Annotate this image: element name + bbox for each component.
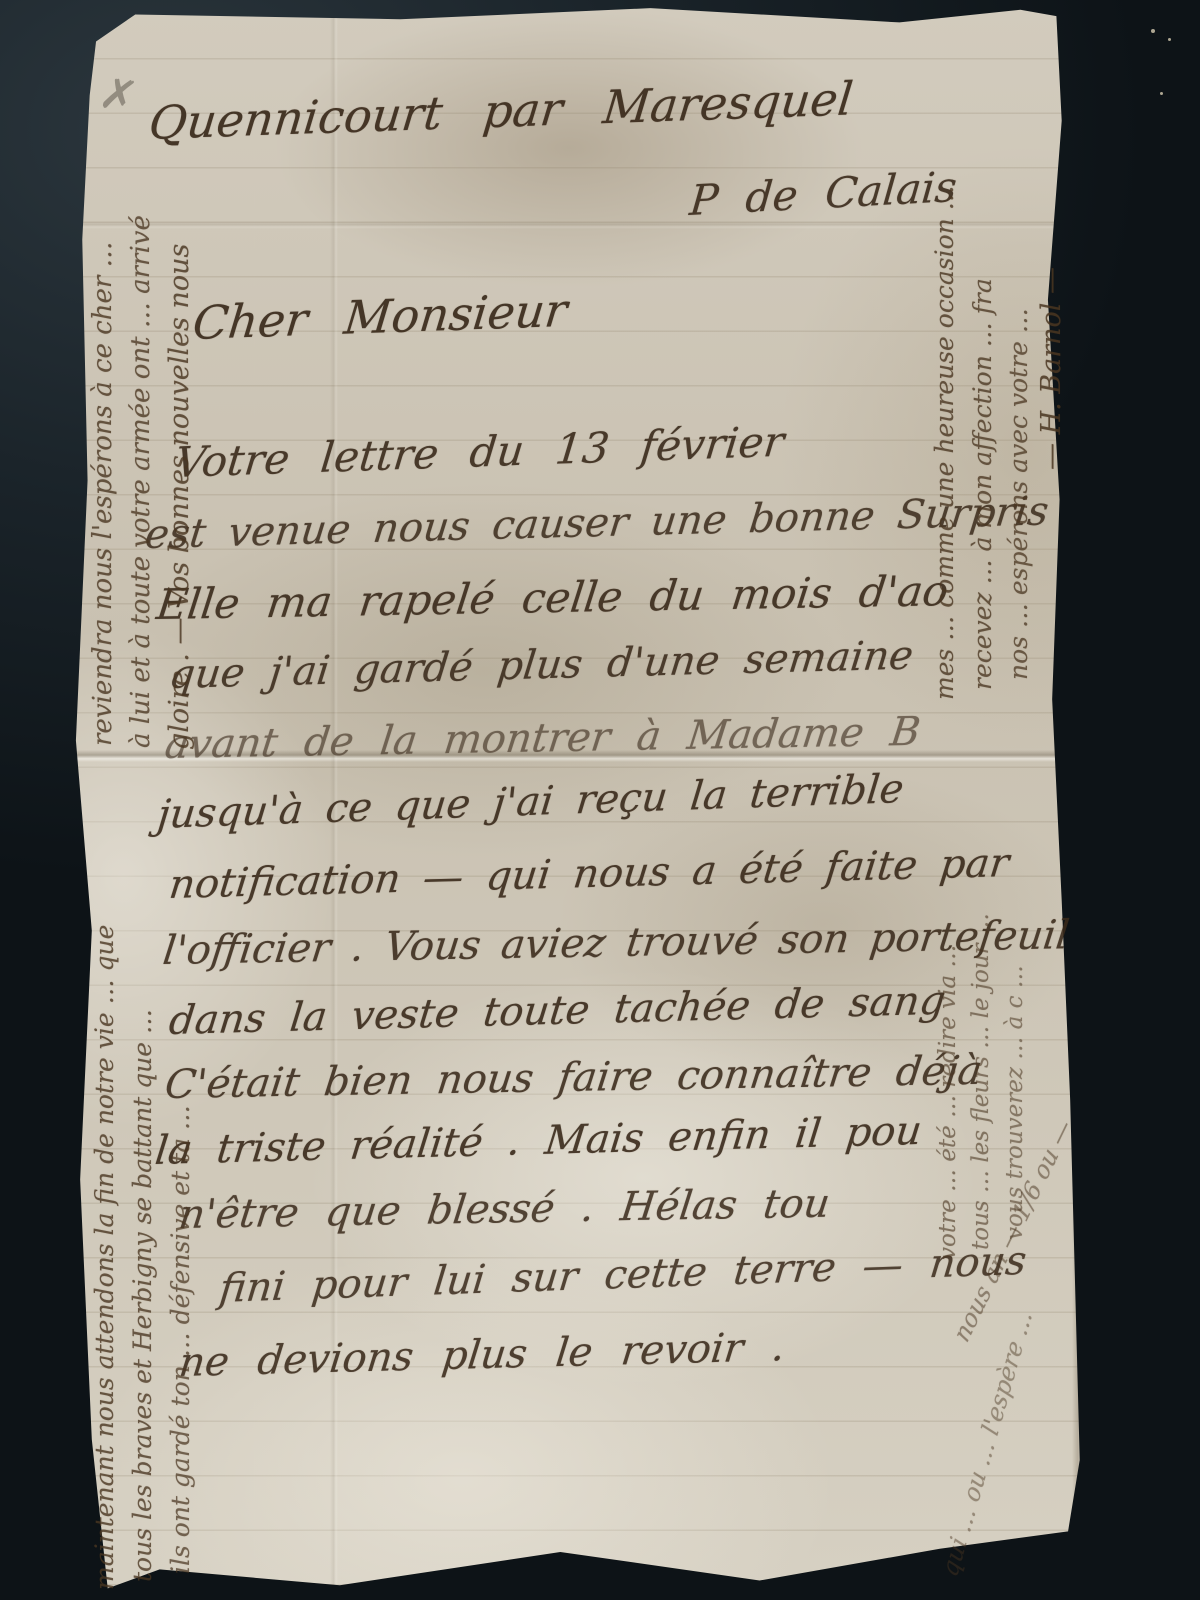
margin-note-right-bottom: tous … les fleurs … le jour … xyxy=(968,913,994,1250)
photo: { "photo": { "background_color": "#14191… xyxy=(0,0,1200,1600)
fold-crease-upper xyxy=(60,221,1120,229)
dust-speck xyxy=(1151,29,1155,33)
paper-edge-underside xyxy=(1072,21,1082,1574)
margin-note-right-top: recevez … à mon affection … fra xyxy=(968,278,997,690)
margin-note-right-bottom: votre … été … redire via … xyxy=(935,945,961,1260)
margin-note-right-top: nos … espérons avec votre … xyxy=(1004,308,1033,680)
dust-speck xyxy=(1168,38,1171,41)
margin-note-left-top: gloire . — Vos bonnes nouvelles nous xyxy=(164,244,195,750)
signature-margin: — H. Barnol — xyxy=(1036,267,1067,470)
margin-note-left-bottom: tous les braves et Herbigny se battant q… xyxy=(128,1009,157,1582)
margin-note-left-top: à lui et à toute votre armée ont … arriv… xyxy=(126,215,156,748)
margin-note-right-top: mes … comme une heureuse occasion … xyxy=(930,185,959,700)
dust-speck xyxy=(1160,92,1163,95)
margin-note-left-top: reviendra nous l'espérons à ce cher … xyxy=(88,241,118,746)
margin-note-left-bottom: maintenant nous attendons la fin de notr… xyxy=(90,925,119,1590)
margin-note-left-bottom: ils ont gardé ton … défensive et ta … xyxy=(166,1105,195,1574)
